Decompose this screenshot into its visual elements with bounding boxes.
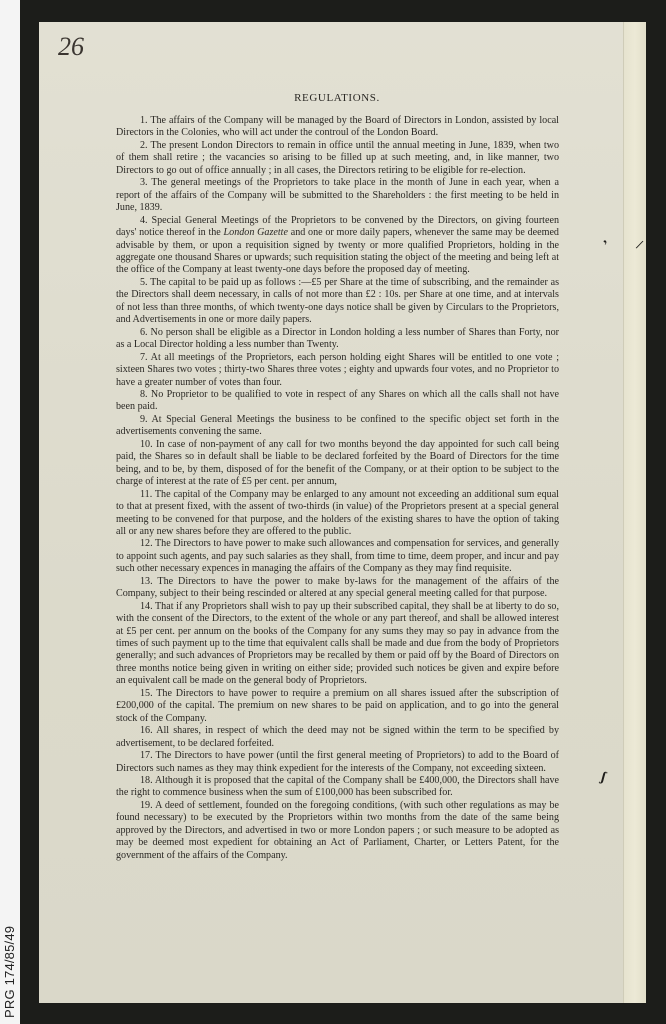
regulation-7: 7. At all meetings of the Proprietors, e…	[116, 352, 559, 389]
regulation-5: 5. The capital to be paid up as follows …	[116, 277, 559, 327]
london-gazette-title: London Gazette	[224, 227, 288, 238]
regulation-16: 16. All shares, in respect of which the …	[116, 725, 559, 750]
regulation-2: 2. The present London Directors to remai…	[116, 140, 559, 177]
regulation-8: 8. No Proprietor to be qualified to vote…	[116, 389, 559, 414]
regulation-18: 18. Although it is proposed that the cap…	[116, 775, 559, 800]
regulation-4: 4. Special General Meetings of the Propr…	[116, 215, 559, 277]
page-fold-strip	[623, 22, 646, 1003]
regulation-9: 9. At Special General Meetings the busin…	[116, 414, 559, 439]
regulation-11: 11. The capital of the Company may be en…	[116, 489, 559, 539]
regulation-12: 12. The Directors to have power to make …	[116, 538, 559, 575]
regulation-15: 15. The Directors to have power to requi…	[116, 688, 559, 725]
regulation-19: 19. A deed of settlement, founded on the…	[116, 800, 559, 862]
regulation-6: 6. No person shall be eligible as a Dire…	[116, 327, 559, 352]
regulation-17: 17. The Directors to have power (until t…	[116, 750, 559, 775]
regulation-3: 3. The general meetings of the Proprieto…	[116, 177, 559, 214]
regulation-13: 13. The Directors to have the power to m…	[116, 576, 559, 601]
handwritten-page-number: 26	[58, 32, 84, 62]
regulation-1: 1. The affairs of the Company will be ma…	[116, 115, 559, 140]
archive-label-strip: PRG 174/85/49	[0, 0, 20, 1024]
regulation-14: 14. That if any Proprietors shall wish t…	[116, 601, 559, 688]
document-title: REGULATIONS.	[0, 92, 666, 104]
regulation-10: 10. In case of non-payment of any call f…	[116, 439, 559, 489]
archive-reference-label: PRG 174/85/49	[2, 926, 17, 1018]
regulations-text: 1. The affairs of the Company will be ma…	[116, 115, 559, 862]
